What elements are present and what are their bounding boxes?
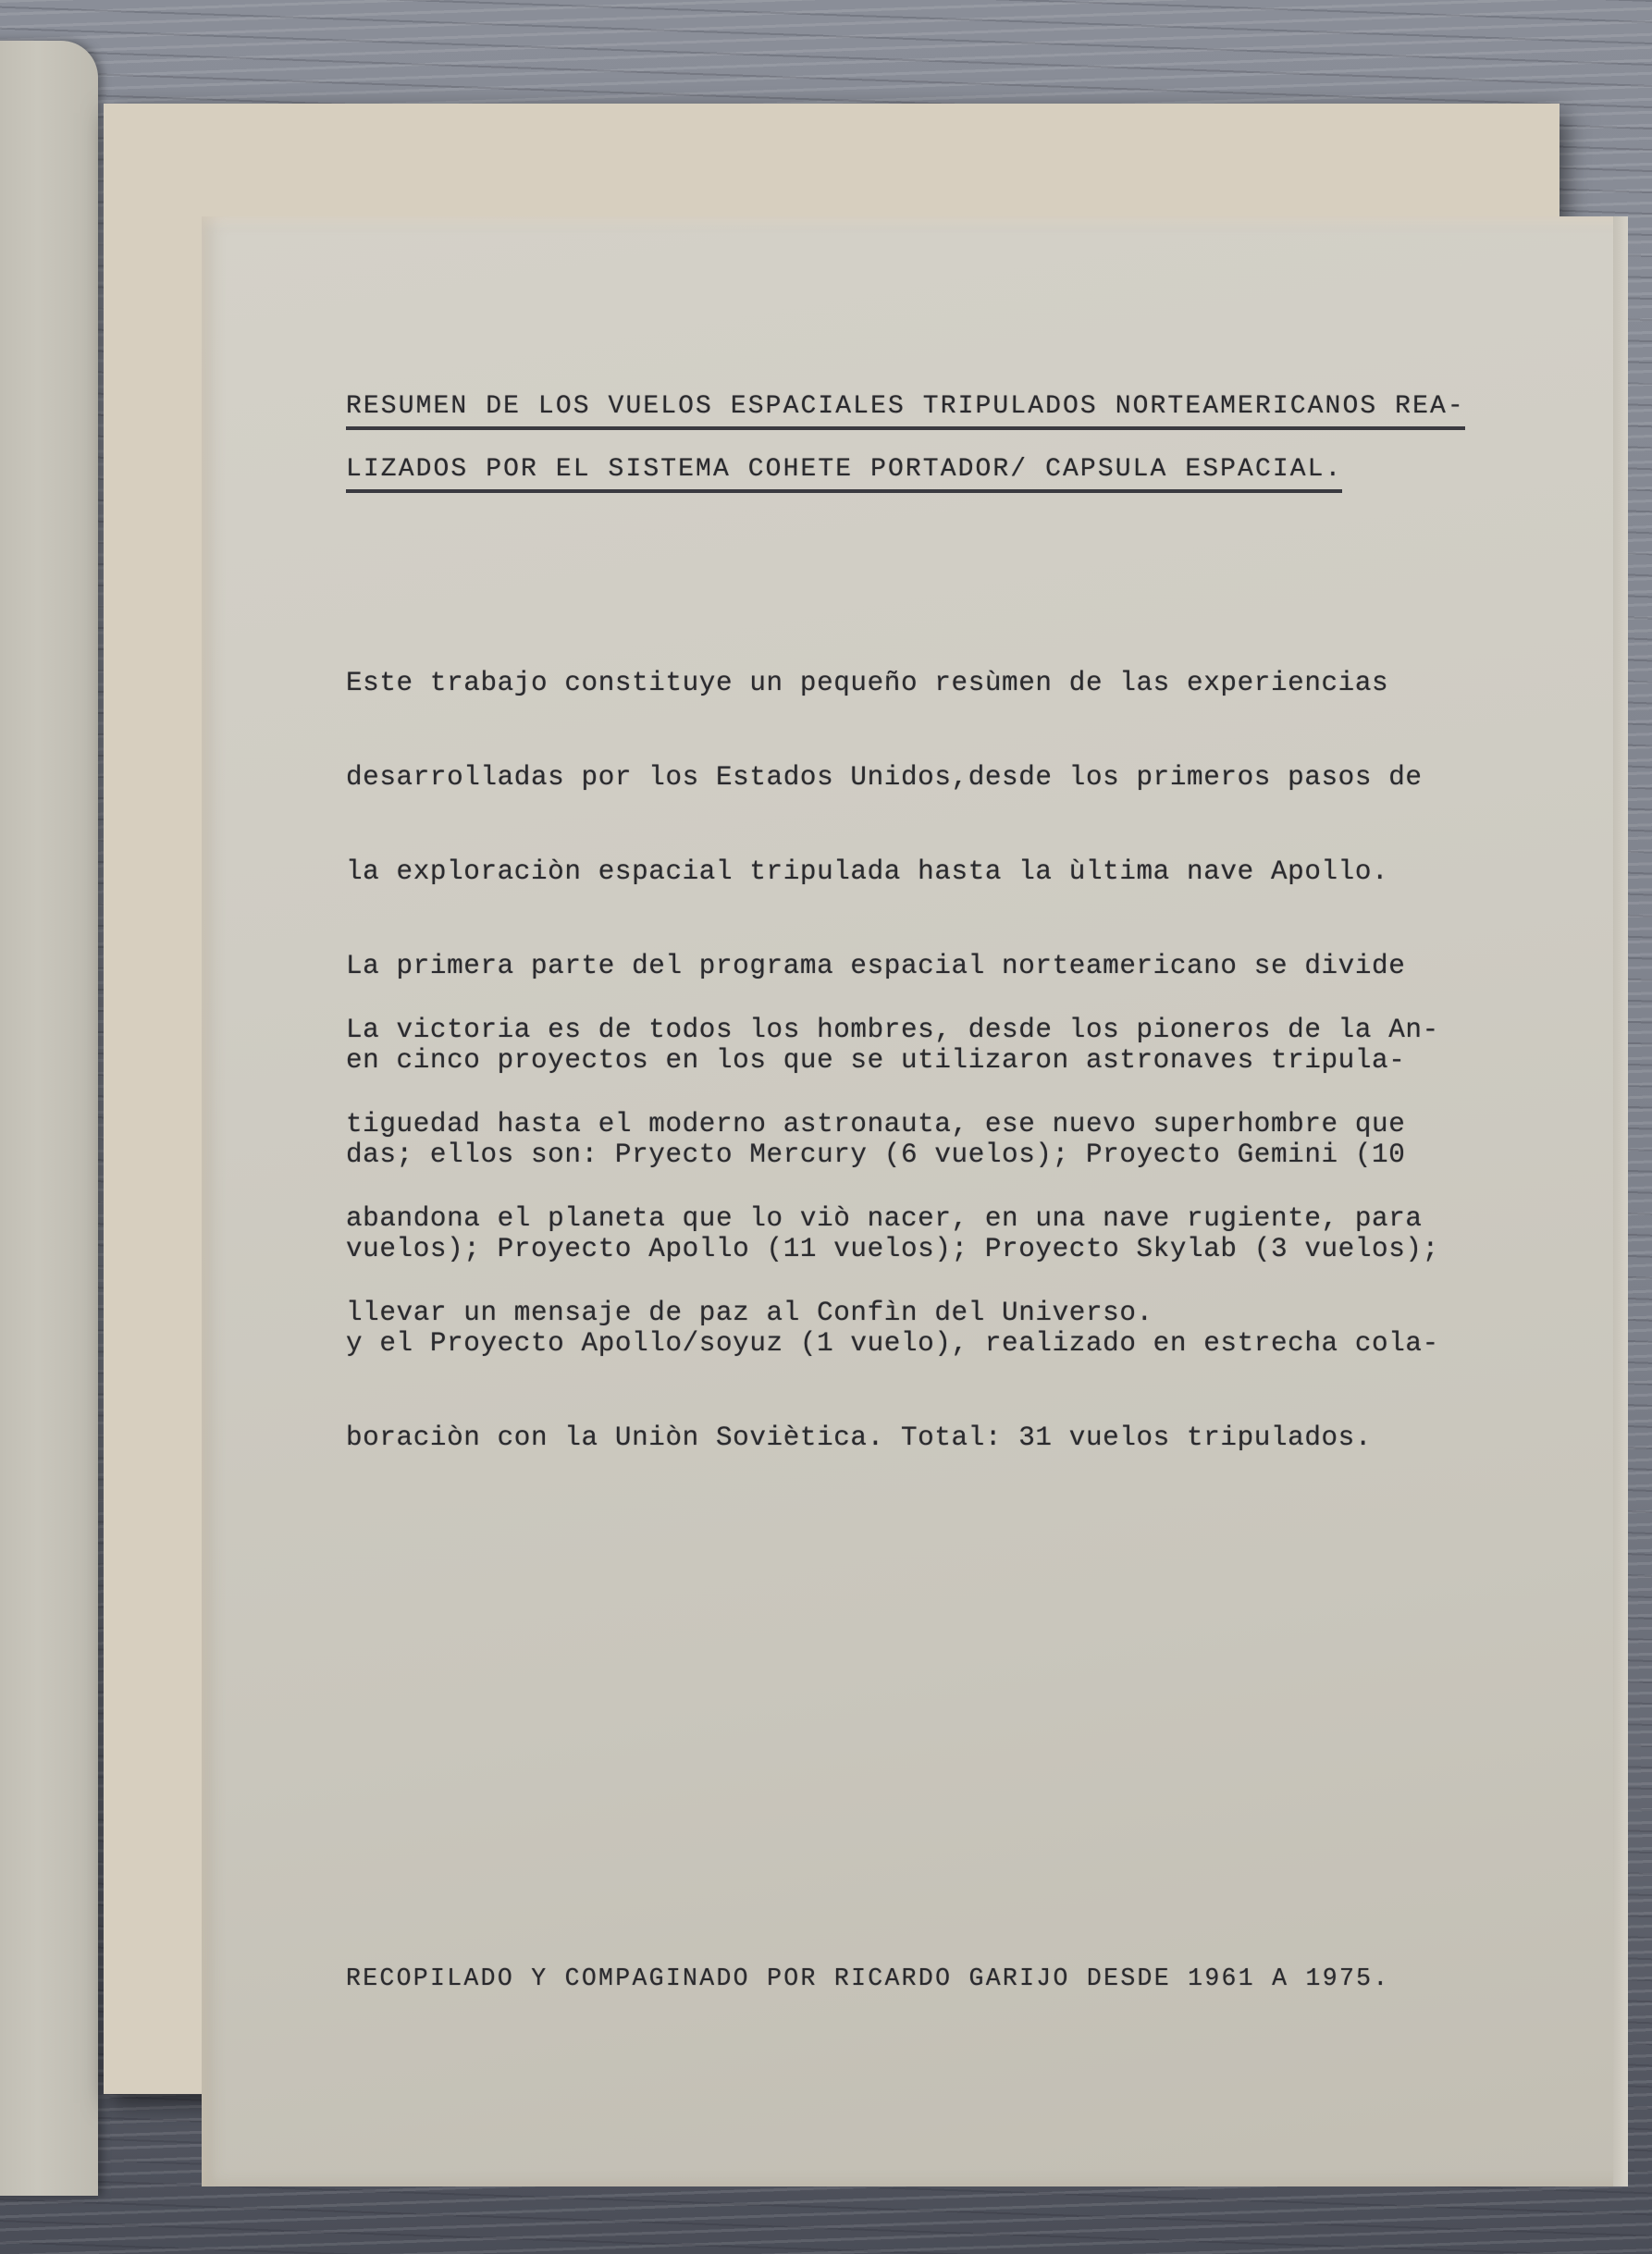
paragraph-line: desarrolladas por los Estados Unidos,des… xyxy=(346,762,1439,794)
typewritten-page: RESUMEN DE LOS VUELOS ESPACIALES TRIPULA… xyxy=(202,216,1628,2186)
paragraph-line: boraciòn con la Uniòn Soviètica. Total: … xyxy=(346,1423,1439,1454)
paragraph-line: Este trabajo constituye un pequeño resùm… xyxy=(346,668,1439,699)
paragraph-line: La victoria es de todos los hombres, des… xyxy=(346,1015,1439,1046)
paragraph-victory: La victoria es de todos los hombres, des… xyxy=(346,952,1439,1392)
compiler-credit: RECOPILADO Y COMPAGINADO POR RICARDO GAR… xyxy=(346,1965,1390,1992)
page-edge xyxy=(1613,216,1628,2186)
paragraph-line: la exploraciòn espacial tripulada hasta … xyxy=(346,856,1439,888)
paragraph-line: abandona el planeta que lo viò nacer, en… xyxy=(346,1203,1439,1235)
left-facing-page xyxy=(0,41,98,2196)
page-stack-shadow: RESUMEN DE LOS VUELOS ESPACIALES TRIPULA… xyxy=(104,104,1560,2094)
paragraph-line: llevar un mensaje de paz al Confìn del U… xyxy=(346,1298,1439,1329)
paragraph-line: tiguedad hasta el moderno astronauta, es… xyxy=(346,1109,1439,1140)
document-title-line-1: RESUMEN DE LOS VUELOS ESPACIALES TRIPULA… xyxy=(346,392,1465,430)
document-title-line-2: LIZADOS POR EL SISTEMA COHETE PORTADOR/ … xyxy=(346,455,1342,493)
